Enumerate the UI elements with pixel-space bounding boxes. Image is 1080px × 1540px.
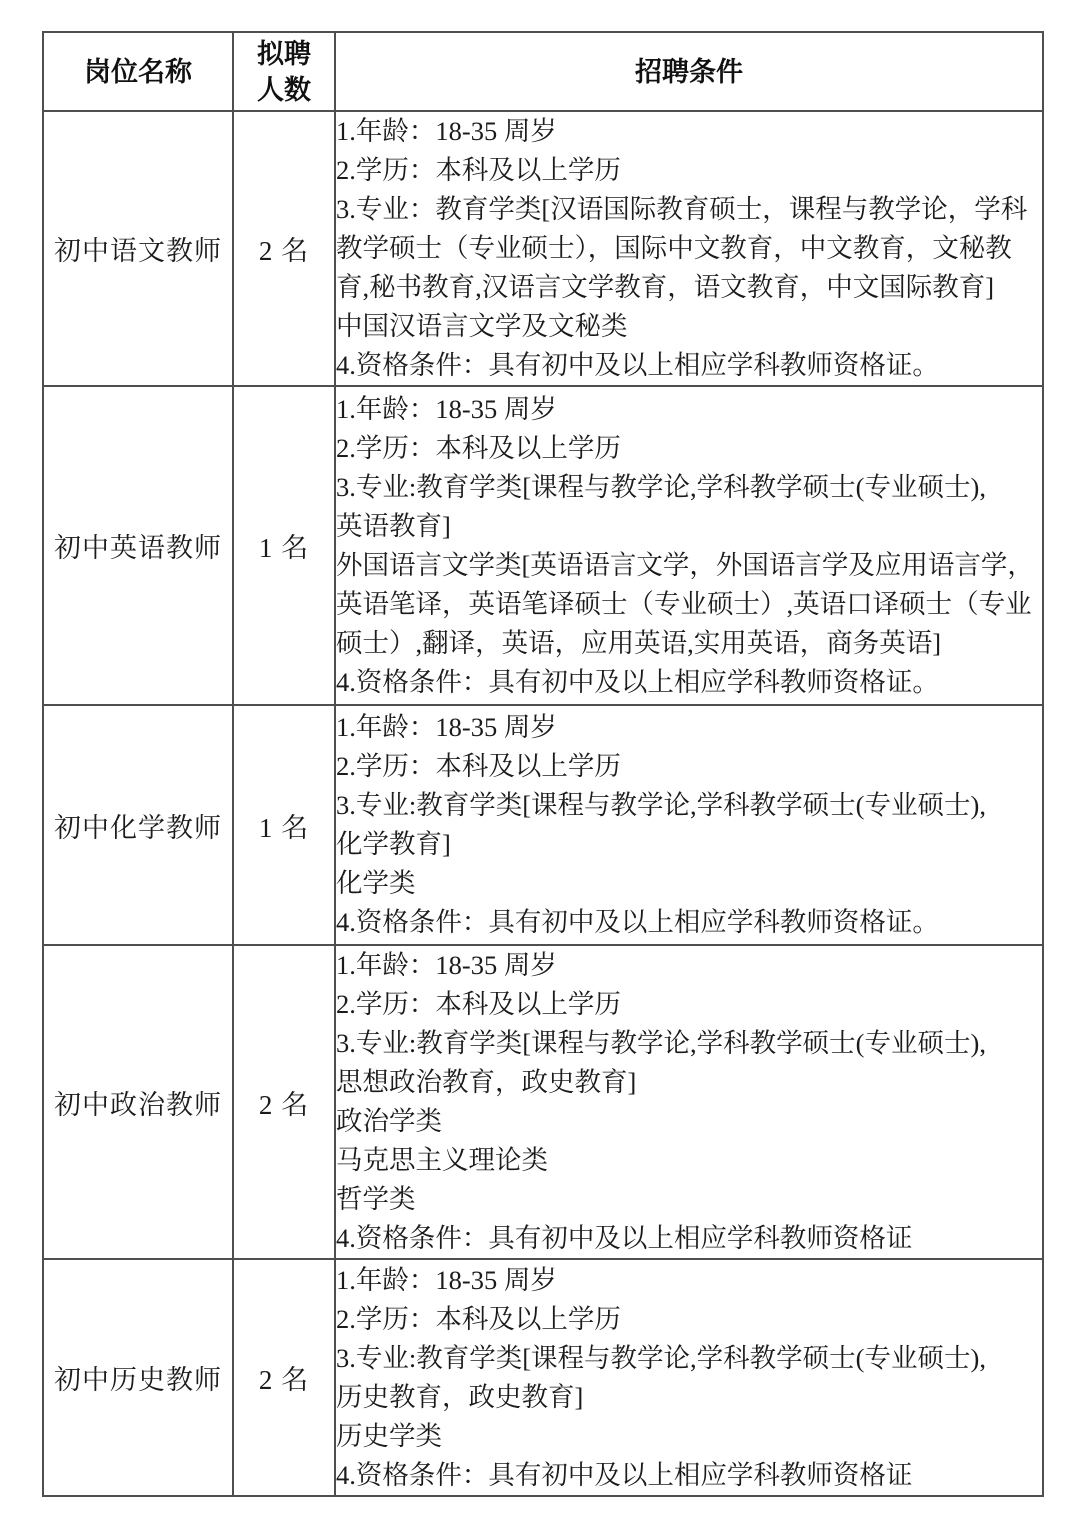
- condition-line: 英语笔译，英语笔译硕士（专业硕士）,英语口译硕士（专业: [336, 585, 1042, 624]
- condition-line: 3.专业:教育学类[课程与教学论,学科教学硕士(专业硕士),: [336, 1339, 1042, 1378]
- condition-line: 英语教育]: [336, 507, 1042, 546]
- condition-line: 历史学类: [336, 1417, 1042, 1456]
- table-row: 初中语文教师 2 名 1.年龄：18-35 周岁 2.学历：本科及以上学历 3.…: [43, 111, 1043, 386]
- condition-line: 3.专业：教育学类[汉语国际教育硕士，课程与教学论，学科: [336, 190, 1042, 229]
- position-cell: 初中政治教师: [43, 945, 233, 1259]
- header-count-label-line1: 拟聘: [234, 36, 334, 72]
- condition-line: 1.年龄：18-35 周岁: [336, 708, 1042, 747]
- condition-line: 4.资格条件：具有初中及以上相应学科教师资格证。: [336, 346, 1042, 385]
- condition-line: 1.年龄：18-35 周岁: [336, 390, 1042, 429]
- header-count-label-line2: 人数: [234, 72, 334, 108]
- condition-line: 4.资格条件：具有初中及以上相应学科教师资格证。: [336, 663, 1042, 702]
- condition-line: 中国汉语言文学及文秘类: [336, 307, 1042, 346]
- header-conditions-label: 招聘条件: [336, 54, 1042, 90]
- table-row: 初中历史教师 2 名 1.年龄：18-35 周岁 2.学历：本科及以上学历 3.…: [43, 1259, 1043, 1496]
- conditions-cell: 1.年龄：18-35 周岁 2.学历：本科及以上学历 3.专业:教育学类[课程与…: [335, 386, 1043, 705]
- recruitment-table: 岗位名称 拟聘 人数 招聘条件 初中语文教师 2 名 1.年龄：18-35 周岁…: [42, 31, 1044, 1497]
- conditions-cell: 1.年龄：18-35 周岁 2.学历：本科及以上学历 3.专业：教育学类[汉语国…: [335, 111, 1043, 386]
- condition-line: 3.专业:教育学类[课程与教学论,学科教学硕士(专业硕士),: [336, 468, 1042, 507]
- condition-line: 历史教育，政史教育]: [336, 1378, 1042, 1417]
- condition-line: 2.学历：本科及以上学历: [336, 1300, 1042, 1339]
- table-row: 初中英语教师 1 名 1.年龄：18-35 周岁 2.学历：本科及以上学历 3.…: [43, 386, 1043, 705]
- condition-line: 3.专业:教育学类[课程与教学论,学科教学硕士(专业硕士),: [336, 786, 1042, 825]
- position-cell: 初中英语教师: [43, 386, 233, 705]
- count-cell: 1 名: [233, 705, 335, 945]
- count-cell: 1 名: [233, 386, 335, 705]
- table-row: 初中政治教师 2 名 1.年龄：18-35 周岁 2.学历：本科及以上学历 3.…: [43, 945, 1043, 1259]
- header-position: 岗位名称: [43, 32, 233, 111]
- count-cell: 2 名: [233, 1259, 335, 1496]
- condition-line: 硕士）,翻译，英语，应用英语,实用英语，商务英语]: [336, 624, 1042, 663]
- condition-line: 2.学历：本科及以上学历: [336, 151, 1042, 190]
- condition-line: 3.专业:教育学类[课程与教学论,学科教学硕士(专业硕士),: [336, 1024, 1042, 1063]
- header-conditions: 招聘条件: [335, 32, 1043, 111]
- table-header-row: 岗位名称 拟聘 人数 招聘条件: [43, 32, 1043, 111]
- count-cell: 2 名: [233, 945, 335, 1259]
- conditions-cell: 1.年龄：18-35 周岁 2.学历：本科及以上学历 3.专业:教育学类[课程与…: [335, 945, 1043, 1259]
- condition-line: 1.年龄：18-35 周岁: [336, 1261, 1042, 1300]
- condition-line: 育,秘书教育,汉语言文学教育，语文教育，中文国际教育]: [336, 268, 1042, 307]
- conditions-cell: 1.年龄：18-35 周岁 2.学历：本科及以上学历 3.专业:教育学类[课程与…: [335, 705, 1043, 945]
- position-cell: 初中化学教师: [43, 705, 233, 945]
- condition-line: 哲学类: [336, 1180, 1042, 1219]
- condition-line: 化学教育]: [336, 825, 1042, 864]
- position-cell: 初中语文教师: [43, 111, 233, 386]
- condition-line: 化学类: [336, 864, 1042, 903]
- condition-line: 4.资格条件：具有初中及以上相应学科教师资格证: [336, 1219, 1042, 1258]
- condition-line: 政治学类: [336, 1102, 1042, 1141]
- condition-line: 思想政治教育，政史教育]: [336, 1063, 1042, 1102]
- condition-line: 1.年龄：18-35 周岁: [336, 112, 1042, 151]
- position-cell: 初中历史教师: [43, 1259, 233, 1496]
- condition-line: 2.学历：本科及以上学历: [336, 747, 1042, 786]
- document-page: 岗位名称 拟聘 人数 招聘条件 初中语文教师 2 名 1.年龄：18-35 周岁…: [0, 0, 1080, 1540]
- condition-line: 2.学历：本科及以上学历: [336, 985, 1042, 1024]
- table-row: 初中化学教师 1 名 1.年龄：18-35 周岁 2.学历：本科及以上学历 3.…: [43, 705, 1043, 945]
- count-cell: 2 名: [233, 111, 335, 386]
- header-position-label: 岗位名称: [44, 54, 232, 90]
- condition-line: 外国语言文学类[英语语言文学，外国语言学及应用语言学，: [336, 546, 1042, 585]
- condition-line: 马克思主义理论类: [336, 1141, 1042, 1180]
- condition-line: 教学硕士（专业硕士），国际中文教育，中文教育，文秘教: [336, 229, 1042, 268]
- condition-line: 4.资格条件：具有初中及以上相应学科教师资格证。: [336, 903, 1042, 942]
- condition-line: 1.年龄：18-35 周岁: [336, 946, 1042, 985]
- condition-line: 2.学历：本科及以上学历: [336, 429, 1042, 468]
- conditions-cell: 1.年龄：18-35 周岁 2.学历：本科及以上学历 3.专业:教育学类[课程与…: [335, 1259, 1043, 1496]
- header-count: 拟聘 人数: [233, 32, 335, 111]
- condition-line: 4.资格条件：具有初中及以上相应学科教师资格证: [336, 1456, 1042, 1495]
